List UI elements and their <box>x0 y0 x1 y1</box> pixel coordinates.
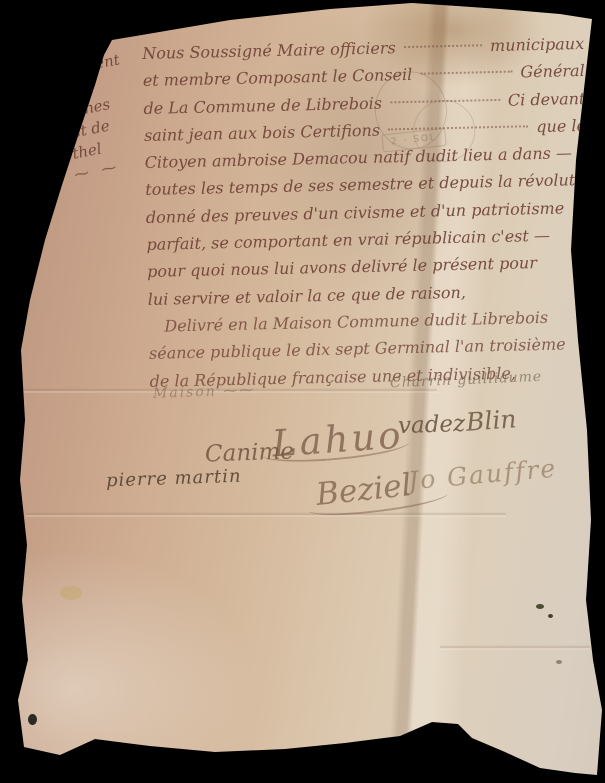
pencil-note-left: Maison ⁓⁓ <box>153 382 256 402</box>
stain-speck <box>60 586 82 600</box>
line-text: saint jean aux bois Certifions <box>144 121 380 145</box>
stain-speck <box>28 714 37 725</box>
line-tail: que le <box>536 116 586 136</box>
stain-speck <box>556 660 562 664</box>
line-tail: Ci devant <box>508 89 586 110</box>
leader-dots <box>388 125 528 130</box>
line-text: Nous Soussigné Maire officiers <box>142 38 396 63</box>
horizontal-crease <box>440 645 590 650</box>
stain-speck <box>16 608 22 615</box>
leader-dots <box>390 98 500 102</box>
body-text: Nous Soussigné Maire officiers municipau… <box>142 34 592 399</box>
leader-dots <box>404 44 482 48</box>
signature-vadez: vadez <box>398 411 466 439</box>
signature-pierre-martin: pierre martin <box>106 466 242 492</box>
line-text: de La Commune de Librebois <box>143 93 382 117</box>
signature-gauffre: Jo Gauffre <box>407 454 558 496</box>
manuscript-paper: 2 · SOL Département des Ardennes distric… <box>0 0 605 783</box>
margin-note: Département des Ardennes district de Ret… <box>19 46 161 193</box>
stain-speck <box>536 604 544 609</box>
signature-blin: Blin <box>465 404 517 436</box>
stain-speck <box>548 614 553 618</box>
line-tail: Général <box>520 61 585 81</box>
leader-dots <box>420 71 512 75</box>
photo-background: 2 · SOL Département des Ardennes distric… <box>0 0 605 783</box>
horizontal-crease <box>26 512 506 517</box>
line-tail: municipaux <box>490 34 585 55</box>
